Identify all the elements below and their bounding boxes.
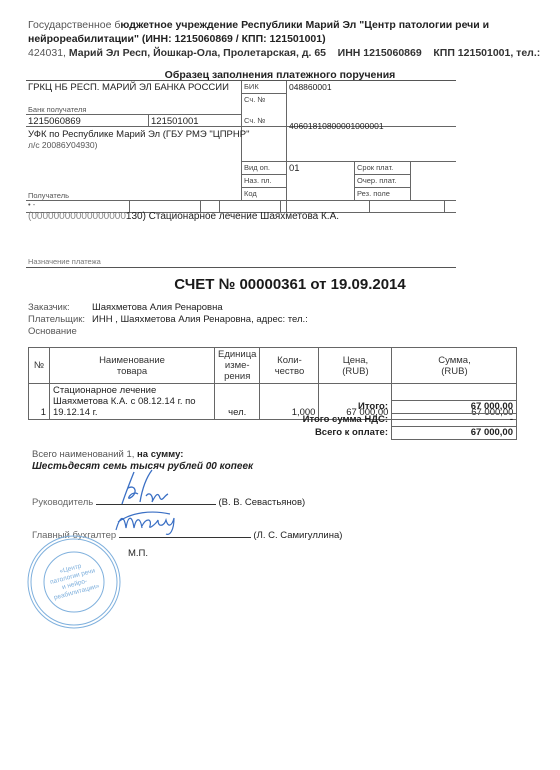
purpose-text: 130) Стационарное лечение Шаяхметова К.А… — [126, 211, 339, 222]
customer-row: Заказчик:Шаяхметова Алия Ренаровна — [28, 302, 223, 313]
col-qty-header: Коли-чество — [260, 348, 319, 384]
org-kpp: КПП 121501001, тел.: — [433, 47, 540, 59]
address-rest: Марий Эл Респ, Йошкар-Ола, Пролетарская,… — [69, 47, 326, 59]
bik-value: 048860001 — [289, 82, 332, 92]
seal-label: М.П. — [128, 548, 148, 559]
total-value: - — [392, 414, 517, 427]
basis-row: Основание — [28, 326, 92, 337]
account-value: 40601810800001000001 — [289, 121, 384, 131]
srok-label: Срок плат. — [357, 163, 393, 172]
recipient-name-line1: УФК по Республике Марий Эл (ГБУ РМЭ "ЦПР… — [28, 129, 249, 140]
kod-label: Код — [244, 189, 257, 198]
bank-label: Банк получателя — [28, 105, 86, 114]
address-prefix: 424031, — [28, 47, 69, 59]
col-num-header: № — [29, 348, 50, 384]
summary-count: Всего наименований 1, — [32, 449, 134, 460]
accountant-name: (Л. С. Самигуллина) — [253, 530, 342, 541]
recipient-name-line2: л/с 20086У04930) — [28, 140, 97, 150]
rez-label: Рез. поле — [357, 189, 390, 198]
director-signature-icon — [112, 468, 182, 508]
invoice-title: СЧЕТ № 00000361 от 19.09.2014 — [0, 276, 560, 293]
vid-op-label: Вид оп. — [244, 163, 270, 172]
totals-row: Итого сумма НДС:- — [28, 414, 517, 427]
payer-value: ИНН , Шаяхметова Алия Ренаровна, адрес: … — [92, 314, 308, 325]
organization-address: 424031, Марий Эл Респ, Йошкар-Ола, Проле… — [28, 47, 540, 59]
director-name: (В. В. Севастьянов) — [218, 497, 305, 508]
total-label: Итого: — [28, 401, 392, 414]
corr-account-label: Сч. № — [244, 95, 265, 104]
row-mark: • - — [28, 200, 35, 209]
total-label: Всего к оплате: — [28, 427, 392, 440]
summary-rest: на сумму: — [134, 449, 183, 460]
director-label: Руководитель — [32, 497, 93, 508]
organization-name: Государственное бюджетное учреждение Рес… — [28, 18, 508, 46]
items-summary: Всего наименований 1, на сумму: — [32, 449, 183, 460]
totals-table: Итого:67 000,00Итого сумма НДС:-Всего к … — [28, 400, 517, 440]
naz-pl-label: Наз. пл. — [244, 176, 272, 185]
bank-details-table: ГРКЦ НБ РЕСП. МАРИЙ ЭЛ БАНКА РОССИИ Банк… — [26, 80, 456, 213]
vid-op-value: 01 — [289, 163, 300, 174]
purpose-code: (00000000000000000 — [28, 211, 126, 222]
payment-purpose: (00000000000000000130) Стационарное лече… — [28, 211, 339, 222]
account-label: Сч. № — [244, 116, 265, 125]
ocher-label: Очер. плат. — [357, 176, 396, 185]
org-inn: ИНН 1215060869 — [338, 47, 422, 59]
customer-value: Шаяхметова Алия Ренаровна — [92, 302, 223, 313]
recipient-kpp: 121501001 — [151, 116, 199, 127]
payer-label: Плательщик: — [28, 314, 92, 325]
accountant-signature-icon — [112, 508, 182, 538]
total-value: 67 000,00 — [392, 401, 517, 414]
total-label: Итого сумма НДС: — [28, 414, 392, 427]
divider — [26, 267, 456, 268]
recipient-label: Получатель — [28, 191, 69, 200]
bik-label: БИК — [244, 82, 259, 91]
recipient-inn: 1215060869 — [28, 116, 81, 127]
total-value: 67 000,00 — [392, 427, 517, 440]
totals-row: Итого:67 000,00 — [28, 401, 517, 414]
col-sum-header: Сумма,(RUB) — [392, 348, 517, 384]
customer-label: Заказчик: — [28, 302, 92, 313]
stamp-icon: «Центрпатологии речии нейро-реабилитации… — [24, 532, 124, 632]
bank-name: ГРКЦ НБ РЕСП. МАРИЙ ЭЛ БАНКА РОССИИ — [28, 82, 229, 93]
col-price-header: Цена,(RUB) — [319, 348, 392, 384]
col-unit-header: Единицаизме-рения — [215, 348, 260, 384]
totals-row: Всего к оплате:67 000,00 — [28, 427, 517, 440]
payer-row: Плательщик:ИНН , Шаяхметова Алия Ренаров… — [28, 314, 308, 325]
basis-label: Основание — [28, 326, 92, 337]
purpose-label: Назначение платежа — [28, 257, 101, 266]
col-name-header: Наименованиетовара — [50, 348, 215, 384]
org-name-prefix: Государственное б — [28, 19, 120, 31]
